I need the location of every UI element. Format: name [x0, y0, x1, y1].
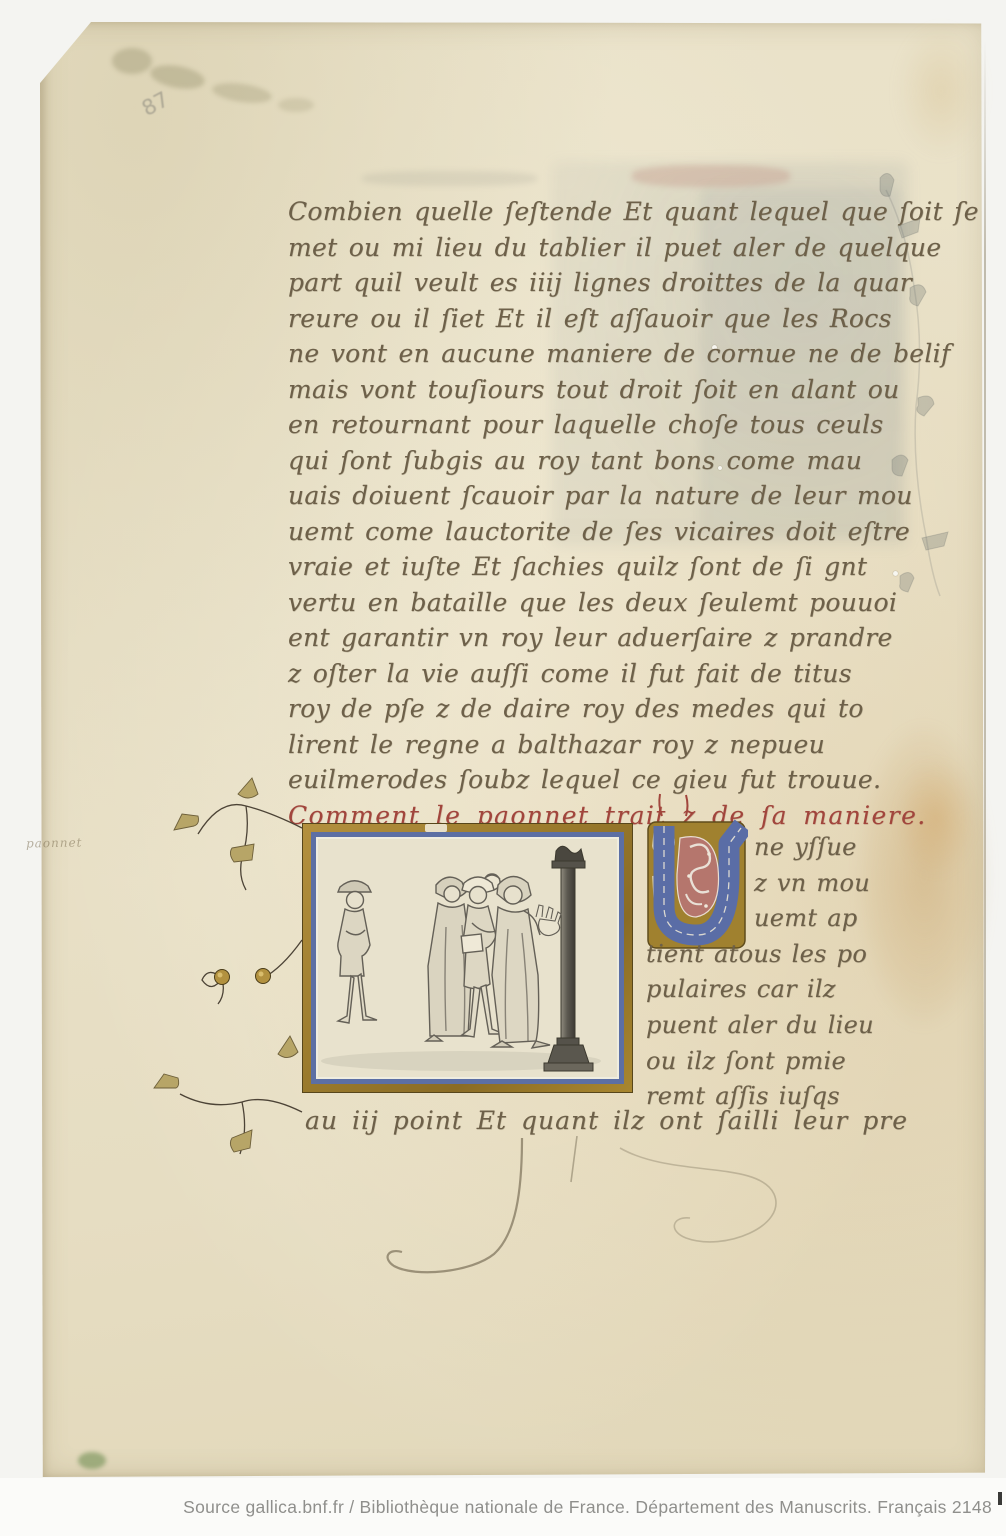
main-text-block: Combien quelle ſeſtende Et quant lequel … — [288, 194, 912, 833]
ivy-leaf-icon — [230, 844, 254, 862]
miniature-inner-frame — [311, 832, 624, 1084]
text-line: uais doiuent ſcauoir par la nature de le… — [288, 478, 912, 514]
text-line: ne yſſue — [754, 830, 912, 866]
gold-flake-loss — [425, 824, 447, 832]
text-line: ne vont en aucune maniere de cornue ne d… — [288, 336, 912, 372]
column-text-block: ne yſſue z vn mou uemt ap tient atous le… — [646, 830, 912, 1115]
margin-note: paonnet — [26, 836, 83, 851]
ink-smudge — [278, 98, 314, 112]
figure-hooded-front — [492, 876, 561, 1048]
miniature-frame — [302, 823, 633, 1093]
green-spot-stain — [78, 1452, 106, 1469]
ivy-leaf-icon — [174, 814, 199, 830]
text-line: lirent le regne a balthazar roy z nepueu — [288, 727, 912, 763]
text-line: z oſter la vie auſſi come il fut fait de… — [288, 656, 912, 692]
raised-hand — [536, 905, 561, 936]
ivy-leaf-icon — [238, 778, 258, 798]
text-line: vraie et iuſte Et ſachies quilz ſont de … — [288, 549, 912, 585]
text-line: en retournant pour laquelle choſe tous c… — [288, 407, 912, 443]
text-line: pulaires car ilz — [646, 972, 912, 1008]
text-line: met ou mi lieu du tablier il puet aler d… — [288, 230, 912, 266]
text-line: Combien quelle ſeſtende Et quant lequel … — [288, 194, 912, 230]
edge-artifact — [998, 1492, 1002, 1505]
gold-bezants — [215, 969, 271, 985]
descender-flourish — [372, 1136, 822, 1304]
text-line: mais vont touſiours tout droit ſoit en a… — [288, 372, 912, 408]
ivy-leaf-icon — [278, 1036, 298, 1058]
column — [544, 846, 593, 1071]
ivy-leaf-icon — [154, 1074, 179, 1088]
ivy-leaf-icon — [230, 1130, 252, 1152]
miniature-illustration — [316, 837, 617, 1077]
source-caption-text: Source gallica.bnf.fr / Bibliothèque nat… — [183, 1497, 992, 1518]
gallica-source-bar: Source gallica.bnf.fr / Bibliothèque nat… — [0, 1478, 1006, 1536]
text-line: z vn mou — [754, 866, 912, 902]
text-line: reure ou il ſiet Et il eſt aſſauoir que … — [288, 301, 912, 337]
bottom-text-line: au iij point Et quant ilz ont ſailli leu… — [305, 1106, 911, 1135]
figure-group — [426, 874, 561, 1048]
text-line: tient atous les po — [646, 937, 912, 973]
text-line: uemt come lauctorite de ſes vicaires doi… — [288, 514, 912, 550]
text-line: euilmerodes ſoubz lequel ce gieu fut tro… — [288, 762, 912, 798]
text-line: vertu en bataille que les deux ſeulemt p… — [288, 585, 912, 621]
figure-man-left — [338, 881, 377, 1023]
text-line: puent aler du lieu — [646, 1008, 912, 1044]
verso-text-showthrough — [362, 171, 537, 186]
text-line: uemt ap — [754, 901, 912, 937]
text-line: qui ſont ſubgis au roy tant bons come ma… — [288, 443, 912, 479]
red-pen-ticks — [652, 792, 712, 818]
gallica-manuscript-scan: { "page": { "caption": "Source gallica.b… — [0, 0, 1006, 1536]
ink-smudge — [112, 48, 152, 74]
text-line: part quil veult es iiij lignes droittes … — [288, 265, 912, 301]
margin-ivy-flourish — [150, 772, 335, 1167]
text-line: ou ilz ſont pmie — [646, 1044, 912, 1080]
verso-rubric-showthrough — [632, 165, 790, 187]
text-line: ent garantir vn roy leur aduerſaire z pr… — [288, 620, 912, 656]
text-line: roy de pſe z de daire roy des medes qui … — [288, 691, 912, 727]
